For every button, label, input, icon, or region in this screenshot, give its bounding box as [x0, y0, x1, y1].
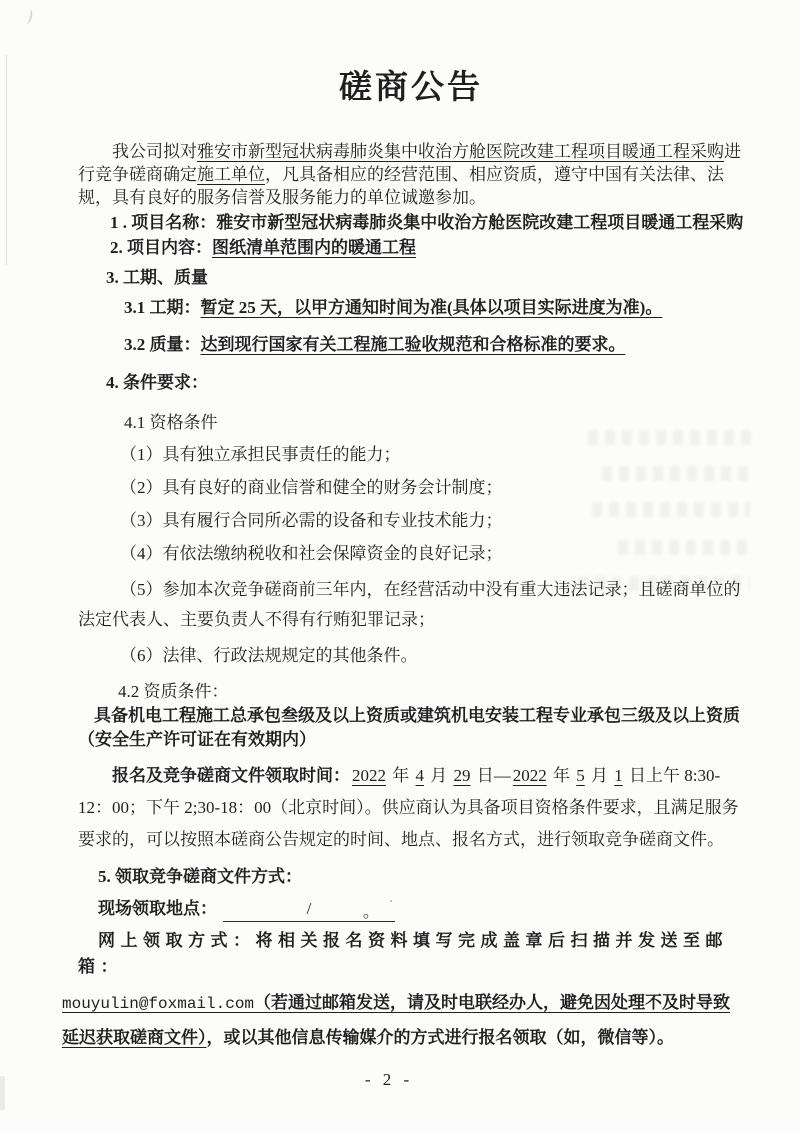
signup-sep: 月	[426, 766, 452, 785]
page-number: - 2 -	[56, 1070, 722, 1090]
onsite-period: 。	[363, 901, 379, 925]
document-title: 磋商公告	[78, 68, 744, 108]
item-4-1-heading: 4.1 资格条件	[78, 411, 744, 435]
scanned-document-page: 磋商公告 我公司拟对雅安市新型冠状病毒肺炎集中收治方舱医院改建工程项目暖通工程采…	[0, 0, 800, 1131]
signup-day1: 29	[452, 766, 473, 785]
signup-label: 报名及竞争磋商文件领取时间：	[112, 766, 350, 785]
item-4-heading: 4. 条件要求：	[78, 371, 744, 395]
online-pickup-line: 网上领取方式：将相关报名资料填写完成盖章后扫描并发送至邮箱：	[78, 928, 744, 980]
intro-paragraph: 我公司拟对雅安市新型冠状病毒肺炎集中收治方舱医院改建工程项目暖通工程采购进行竞争…	[78, 140, 744, 209]
item-1-text: 雅安市新型冠状病毒肺炎集中收治方舱医院改建工程项目暖通工程采购	[216, 213, 743, 232]
signup-year1: 2022	[350, 766, 388, 785]
condition-6: （6）法律、行政法规规定的其他条件。	[78, 644, 744, 668]
condition-2: （2）具有良好的商业信誉和健全的财务会计制度；	[78, 476, 744, 500]
item-3-1-duration: 3.1 工期：暂定 25 天，以甲方通知时间为准(具体以项目实际进度为准)。	[78, 296, 744, 320]
signup-day2: 1	[612, 766, 625, 785]
item-2-project-content: 2. 项目内容：图纸清单范围内的暖通工程	[78, 236, 744, 259]
onsite-pickup-line: 现场领取地点：/。ˋ	[78, 897, 744, 922]
document-content: 磋商公告 我公司拟对雅安市新型冠状病毒肺炎集中收治方舱医院改建工程项目暖通工程采…	[0, 0, 800, 1090]
item-4-2-heading: 4.2 资质条件：	[78, 680, 744, 704]
item-3-2-label: 3.2 质量：	[124, 335, 201, 354]
signup-sep: 月	[587, 766, 613, 785]
intro-text: 我公司拟对	[112, 142, 197, 161]
email-address: mouyulin@foxmail.com	[62, 995, 254, 1013]
construction-unit-underlined: 施工单位	[197, 165, 265, 184]
email-paragraph: mouyulin@foxmail.com（若通过邮箱发送，请及时电联经办人，避免…	[62, 986, 744, 1054]
condition-3: （3）具有履行合同所必需的设备和专业技术能力；	[78, 509, 744, 533]
item-3-1-underlined: 暂定 25 天，以甲方通知时间为准(具体以项目实际进度为准)。	[201, 298, 663, 317]
condition-5: （5）参加本次竞争磋商前三年内，在经营活动中没有重大违法记录；且磋商单位的法定代…	[78, 575, 744, 635]
onsite-stray-mark: ˋ	[389, 893, 393, 917]
signup-sep: 日—	[473, 766, 511, 785]
item-1-label: 1 . 项目名称：	[110, 213, 216, 232]
item-3-2-quality: 3.2 质量：达到现行国家有关工程施工验收规范和合格标准的要求。	[78, 333, 744, 357]
signup-year2: 2022	[511, 766, 549, 785]
item-2-label: 2. 项目内容：	[110, 238, 212, 257]
onsite-blank-field: /。ˋ	[223, 897, 395, 922]
condition-1: （1）具有独立承担民事责任的能力；	[78, 443, 744, 467]
signup-month1: 4	[414, 766, 427, 785]
email-tail: ，或以其他信息传输媒介的方式进行报名领取（如，微信等）。	[207, 1028, 675, 1047]
qualification-paragraph: 具备机电工程施工总承包叁级及以上资质或建筑机电安装工程专业承包三级及以上资质（安…	[78, 704, 744, 752]
condition-4: （4）有依法缴纳税收和社会保障资金的良好记录；	[78, 542, 744, 566]
item-3-1-label: 3.1 工期：	[124, 298, 201, 317]
signup-sep: 年	[549, 766, 575, 785]
online-label: 网上领取方式：	[98, 931, 256, 950]
item-2-underlined: 图纸清单范围内的暖通工程	[212, 238, 416, 257]
onsite-slash: /	[307, 899, 312, 918]
signup-month2: 5	[574, 766, 587, 785]
item-1-project-name: 1 . 项目名称：雅安市新型冠状病毒肺炎集中收治方舱医院改建工程项目暖通工程采购	[78, 211, 744, 234]
signup-sep: 年	[388, 766, 414, 785]
project-name-underlined: 雅安市新型冠状病毒肺炎集中收治方舱医院改建工程项目暖通工程采购	[197, 142, 724, 161]
onsite-label: 现场领取地点：	[98, 899, 217, 918]
item-3-2-underlined: 达到现行国家有关工程施工验收规范和合格标准的要求。	[201, 335, 626, 354]
item-3-heading: 3. 工期、质量	[78, 266, 744, 290]
item-5-heading: 5. 领取竞争磋商文件方式：	[78, 865, 744, 889]
signup-time-paragraph: 报名及竞争磋商文件领取时间：2022 年 4 月 29 日—2022 年 5 月…	[78, 760, 744, 856]
